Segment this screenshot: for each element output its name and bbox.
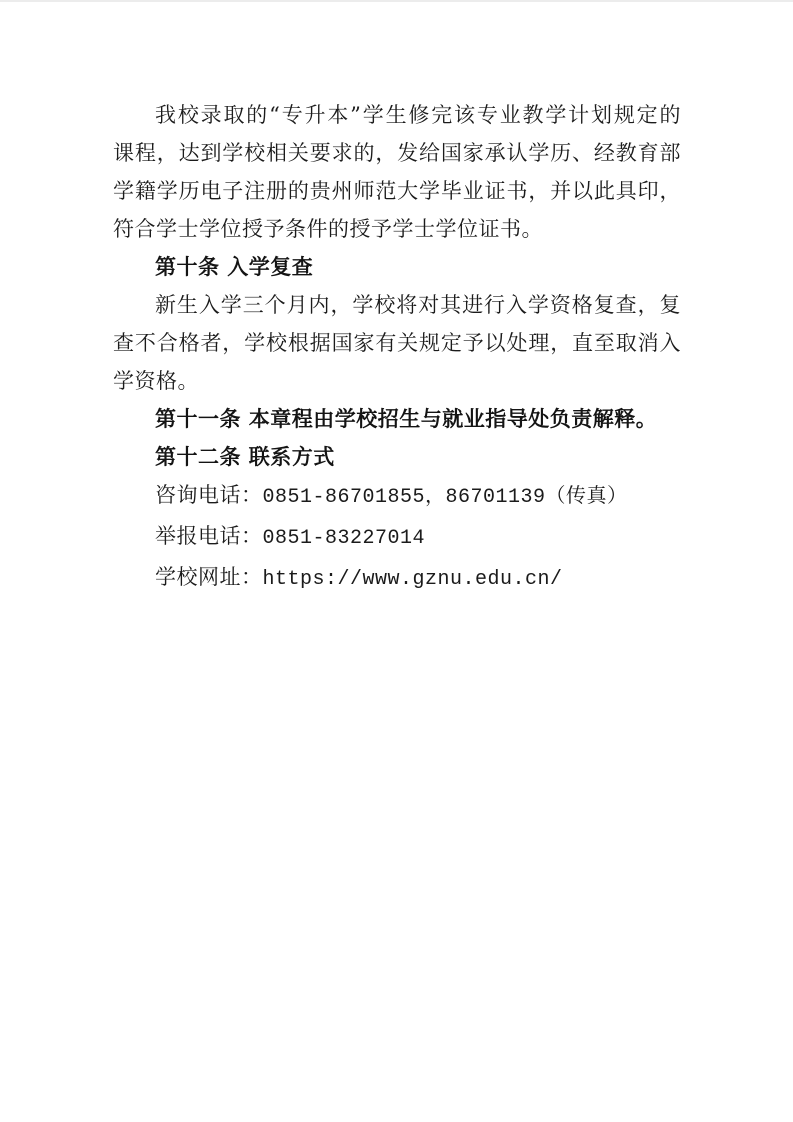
paragraph-line: 新生入学三个月内，学校将对其进行入学资格复查，复 — [113, 286, 681, 324]
contact-consult-phone: 咨询电话：0851-86701855，86701139（传真） — [113, 476, 681, 517]
contact-value: 0851-86701855，86701139（传真） — [263, 486, 628, 509]
document-content: 我校录取的“专升本”学生修完该专业教学计划规定的 课程，达到学校相关要求的，发给… — [113, 96, 681, 599]
paragraph-line: 我校录取的“专升本”学生修完该专业教学计划规定的 — [113, 96, 681, 134]
contact-website: 学校网址：https://www.gznu.edu.cn/ — [113, 558, 681, 599]
contact-value: 0851-83227014 — [263, 527, 426, 550]
paragraph-line: 课程，达到学校相关要求的，发给国家承认学历、经教育部 — [113, 134, 681, 172]
paragraph-enrollment-review: 新生入学三个月内，学校将对其进行入学资格复查，复 查不合格者，学校根据国家有关规… — [113, 286, 681, 400]
article-12-heading: 第十二条 联系方式 — [113, 438, 681, 476]
contact-label: 咨询电话： — [155, 483, 263, 507]
article-11-text: 第十一条 本章程由学校招生与就业指导处负责解释。 — [113, 400, 681, 438]
contact-label: 学校网址： — [155, 565, 263, 589]
paragraph-line: 符合学士学位授予条件的授予学士学位证书。 — [113, 210, 681, 248]
contact-label: 举报电话： — [155, 524, 263, 548]
article-10-heading: 第十条 入学复查 — [113, 248, 681, 286]
page-top-edge-line — [0, 0, 793, 2]
document-page: 我校录取的“专升本”学生修完该专业教学计划规定的 课程，达到学校相关要求的，发给… — [0, 0, 793, 1122]
contact-url: https://www.gznu.edu.cn/ — [263, 568, 563, 591]
paragraph-graduation-certificate: 我校录取的“专升本”学生修完该专业教学计划规定的 课程，达到学校相关要求的，发给… — [113, 96, 681, 248]
paragraph-line: 学籍学历电子注册的贵州师范大学毕业证书，并以此具印， — [113, 172, 681, 210]
paragraph-line: 查不合格者，学校根据国家有关规定予以处理，直至取消入 — [113, 324, 681, 362]
contact-report-phone: 举报电话：0851-83227014 — [113, 517, 681, 558]
paragraph-line: 学资格。 — [113, 362, 681, 400]
